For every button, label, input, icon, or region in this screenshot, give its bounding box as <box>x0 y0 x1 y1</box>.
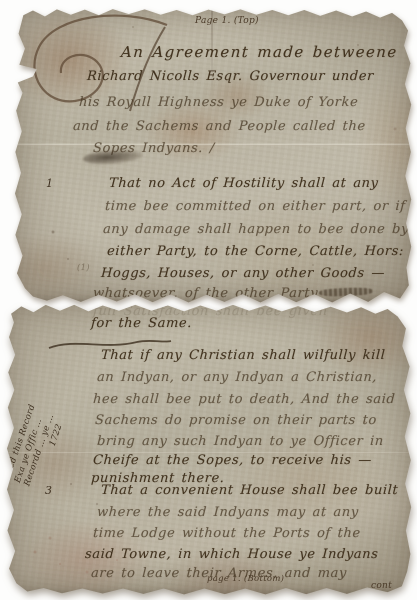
manuscript-text-top: Page 1. (Top) An Agreement made betweene… <box>13 7 412 303</box>
manuscript-line: That if any Christian shall wilfully kil… <box>101 348 386 363</box>
manuscript-line: whatsoever, of the other Party <box>93 286 319 301</box>
manuscript-line: That a convenient House shall bee built <box>101 483 399 498</box>
footnote-mark: (1) <box>77 263 90 272</box>
paper-sheet-bottom: Recd this Record Exa ye Offic … Recordd … <box>5 302 412 595</box>
manuscript-line: time bee committed on either part, or if <box>105 199 406 214</box>
ink-smudge <box>83 148 144 166</box>
clause-number-3: 3 <box>45 484 52 497</box>
manuscript-line: where the said Indyans may at any <box>97 505 360 520</box>
manuscript-line: Richard Nicolls Esqr. Governour under <box>87 69 375 84</box>
manuscript-line: That no Act of Hostility shall at any <box>109 176 379 191</box>
manuscript-line: Cheife at the Sopes, to receive his — <box>93 453 373 468</box>
paper-fragment-bottom: Recd this Record Exa ye Offic … Recordd … <box>5 302 412 595</box>
manuscript-line: said Towne, in which House ye Indyans <box>85 547 379 562</box>
manuscript-line: any damage shall happen to bee done by <box>103 222 410 237</box>
manuscript-line: hee shall bee put to death, And the said <box>93 392 396 407</box>
paper-fragment-top: Page 1. (Top) An Agreement made betweene… <box>13 7 412 303</box>
page-label-bottom: page 1. (Bottom) <box>207 574 284 584</box>
manuscript-line: Hoggs, Houses, or any other Goods — <box>101 266 386 281</box>
manuscript-line: for the Same. <box>91 316 193 331</box>
manuscript-line: either Party, to the Corne, Cattle, Hors… <box>107 244 405 259</box>
page-label-top: Page 1. (Top) <box>195 16 259 26</box>
manuscript-line: time Lodge without the Ports of the <box>93 526 361 541</box>
manuscript-line: Sachems do promise on their parts to <box>95 413 378 428</box>
clause-number-1: 1 <box>46 177 53 190</box>
manuscript-line: An Agreement made betweene <box>121 43 399 61</box>
manuscript-line: and the Sachems and People called the <box>73 119 366 134</box>
continued-mark: cont <box>371 581 392 591</box>
manuscript-text-bottom: Recd this Record Exa ye Offic … Recordd … <box>5 302 412 595</box>
struck-out-word <box>319 287 373 297</box>
manuscript-line: bring any such Indyan to ye Officer in <box>97 434 385 449</box>
paper-sheet-top: Page 1. (Top) An Agreement made betweene… <box>13 7 412 303</box>
manuscript-photo: Page 1. (Top) An Agreement made betweene… <box>0 0 417 600</box>
manuscript-line: an Indyan, or any Indyan a Christian, <box>97 370 378 385</box>
manuscript-line: his Royall Highness ye Duke of Yorke <box>79 95 359 110</box>
